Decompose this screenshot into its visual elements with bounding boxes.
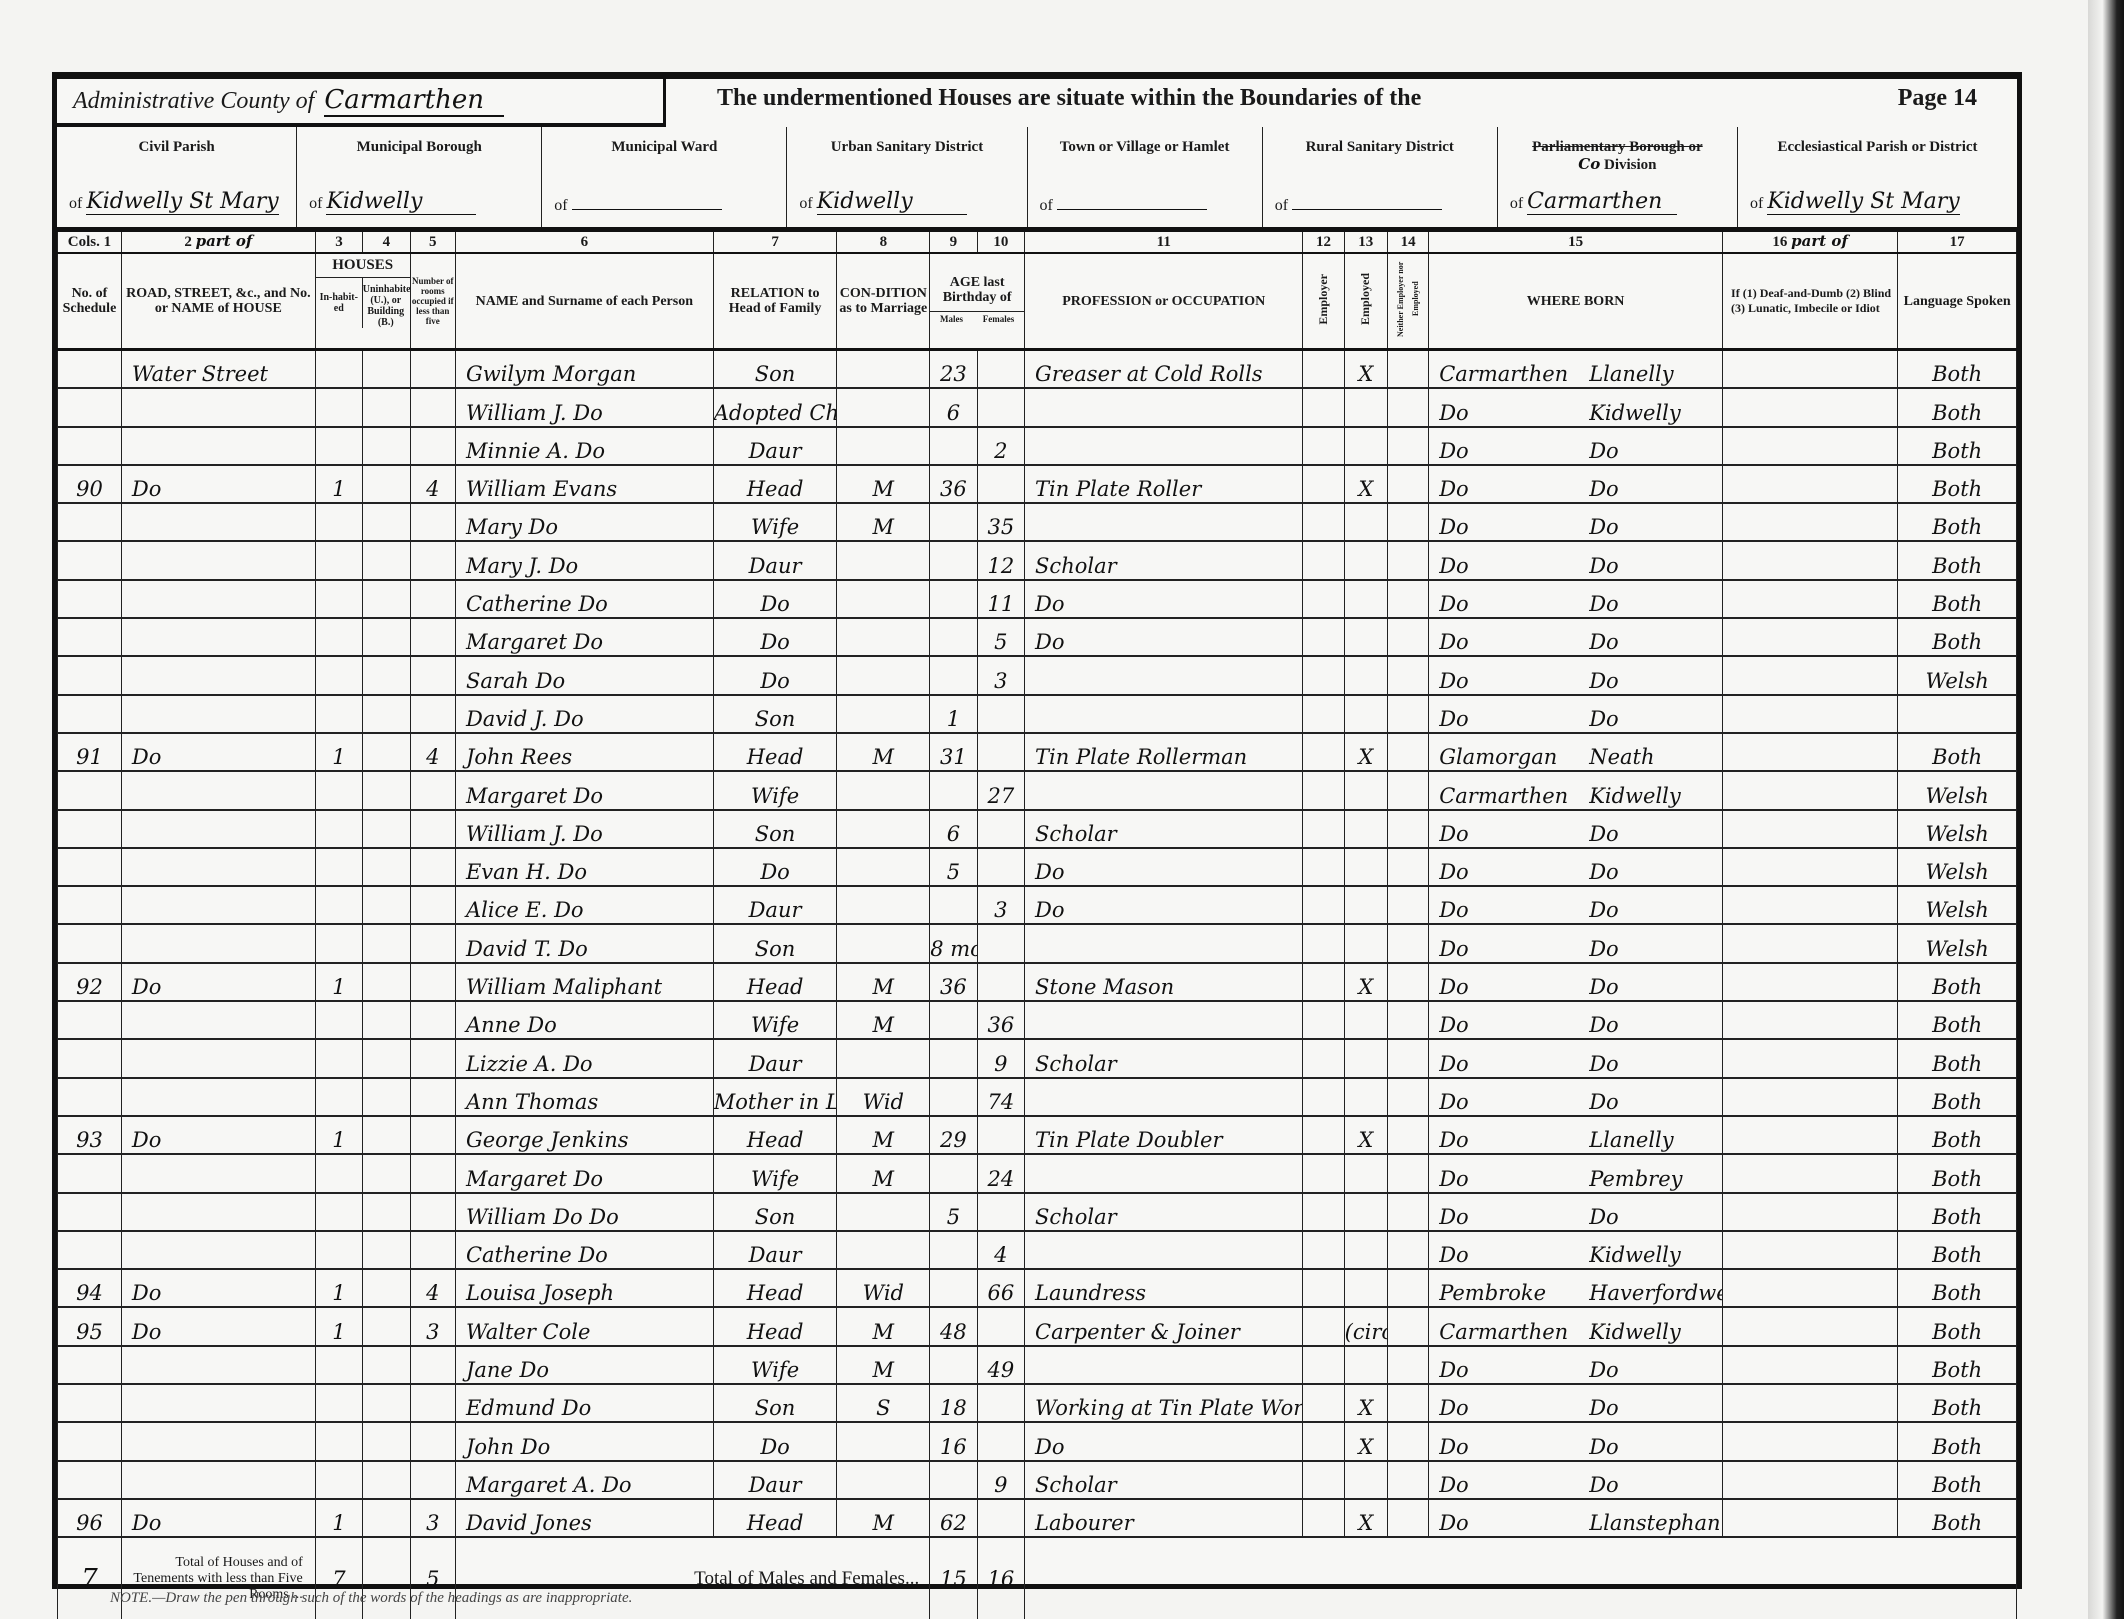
row-condition <box>837 350 930 389</box>
row-rooms: 4 <box>410 733 455 771</box>
row-name: Mary Do <box>455 503 713 541</box>
row-infirmity <box>1723 1307 1898 1345</box>
row-female-age: 35 <box>977 503 1024 541</box>
row-male-age <box>930 886 977 924</box>
row-schedule: 93 <box>58 1116 122 1154</box>
row-road <box>121 1422 315 1460</box>
row-neither <box>1387 427 1428 465</box>
row-road: Do <box>121 733 315 771</box>
row-employed <box>1344 886 1387 924</box>
heading-inhabited: In-habit-ed <box>316 278 363 328</box>
division-label: Municipal Borough <box>297 127 541 156</box>
row-neither <box>1387 1384 1428 1422</box>
row-uninhabited <box>363 618 410 656</box>
row-female-age: 24 <box>977 1154 1024 1192</box>
row-name: Margaret Do <box>455 771 713 809</box>
row-employer <box>1303 1269 1344 1307</box>
row-neither <box>1387 350 1428 389</box>
row-employed: (circled) <box>1344 1307 1387 1345</box>
row-occupation: Do <box>1025 618 1303 656</box>
row-schedule <box>58 848 122 886</box>
table-row: Water StreetGwilym MorganSon23Greaser at… <box>58 350 2017 389</box>
row-condition <box>837 810 930 848</box>
row-occupation: Scholar <box>1025 810 1303 848</box>
row-female-age <box>977 388 1024 426</box>
row-employed: X <box>1344 1116 1387 1154</box>
row-employed: X <box>1344 1422 1387 1460</box>
row-employer <box>1303 580 1344 618</box>
heading-infirmity: If (1) Deaf-and-Dumb (2) Blind (3) Lunat… <box>1723 253 1898 350</box>
division-label: Urban Sanitary District <box>787 127 1026 156</box>
row-schedule <box>58 1039 122 1077</box>
row-employed: X <box>1344 1384 1387 1422</box>
row-inhabited <box>315 1001 362 1039</box>
row-rooms: 4 <box>410 1269 455 1307</box>
row-road <box>121 1039 315 1077</box>
table-row: Edmund DoSonS18Working at Tin Plate Work… <box>58 1384 2017 1422</box>
heading-males: Males <box>940 312 963 327</box>
row-rooms <box>410 1346 455 1384</box>
row-condition: M <box>837 1001 930 1039</box>
row-road <box>121 848 315 886</box>
heading-houses-group: HOUSES <box>316 254 410 278</box>
row-name: John Do <box>455 1422 713 1460</box>
row-road <box>121 924 315 962</box>
table-row: William Do DoSon5ScholarDoDoBoth <box>58 1193 2017 1231</box>
row-relation: Do <box>713 618 837 656</box>
row-uninhabited <box>363 771 410 809</box>
row-where-born: DoDo <box>1429 886 1723 924</box>
row-employed <box>1344 1154 1387 1192</box>
table-row: Ann ThomasMother in LawWid74DoDoBoth <box>58 1078 2017 1116</box>
row-infirmity <box>1723 1422 1898 1460</box>
row-male-age <box>930 580 977 618</box>
row-road: Do <box>121 1307 315 1345</box>
row-occupation <box>1025 1346 1303 1384</box>
row-rooms <box>410 350 455 389</box>
division-parliamentary: Parliamentary Borough orCo Division ofCa… <box>1498 127 1738 227</box>
row-neither <box>1387 924 1428 962</box>
row-rooms <box>410 388 455 426</box>
row-female-age: 3 <box>977 886 1024 924</box>
row-schedule <box>58 1193 122 1231</box>
row-condition <box>837 1193 930 1231</box>
row-female-age <box>977 1307 1024 1345</box>
row-schedule <box>58 580 122 618</box>
heading-houses: HOUSES In-habit-ed Uninhabited (U.), or … <box>315 253 410 350</box>
row-employer <box>1303 465 1344 503</box>
row-inhabited: 1 <box>315 733 362 771</box>
row-relation: Daur <box>713 886 837 924</box>
row-condition: M <box>837 1154 930 1192</box>
row-uninhabited <box>363 1422 410 1460</box>
row-name: Alice E. Do <box>455 886 713 924</box>
row-neither <box>1387 695 1428 733</box>
census-table: Cols. 1 2 part of 3 4 5 6 7 8 9 10 11 12… <box>57 232 2017 1619</box>
col-num: 12 <box>1303 232 1344 253</box>
row-infirmity <box>1723 733 1898 771</box>
row-female-age: 9 <box>977 1039 1024 1077</box>
division-value: Kidwelly <box>326 189 476 215</box>
row-language: Both <box>1898 465 2017 503</box>
row-uninhabited <box>363 1346 410 1384</box>
row-uninhabited <box>363 1154 410 1192</box>
row-employer <box>1303 1193 1344 1231</box>
row-condition <box>837 848 930 886</box>
row-schedule: 94 <box>58 1269 122 1307</box>
row-employed: X <box>1344 350 1387 389</box>
division-town-village: Town or Village or Hamlet of <box>1028 127 1263 227</box>
row-uninhabited <box>363 733 410 771</box>
row-road <box>121 886 315 924</box>
table-row: John DoDo16DoXDoDoBoth <box>58 1422 2017 1460</box>
row-where-born: DoDo <box>1429 1384 1723 1422</box>
table-row: Margaret DoWife27CarmarthenKidwellyWelsh <box>58 771 2017 809</box>
row-road <box>121 771 315 809</box>
row-employer <box>1303 924 1344 962</box>
row-employer <box>1303 1154 1344 1192</box>
row-employer <box>1303 350 1344 389</box>
table-row: Sarah DoDo3DoDoWelsh <box>58 656 2017 694</box>
row-condition <box>837 656 930 694</box>
row-neither <box>1387 963 1428 1001</box>
row-language: Both <box>1898 580 2017 618</box>
row-occupation: Greaser at Cold Rolls <box>1025 350 1303 389</box>
row-occupation <box>1025 656 1303 694</box>
row-infirmity <box>1723 1039 1898 1077</box>
row-female-age: 74 <box>977 1078 1024 1116</box>
row-name: David J. Do <box>455 695 713 733</box>
row-female-age: 49 <box>977 1346 1024 1384</box>
division-value <box>1057 209 1207 210</box>
heading-employed: Employed <box>1344 253 1387 350</box>
admin-county-value: Carmarthen <box>324 85 504 117</box>
row-name: Margaret Do <box>455 618 713 656</box>
col-num: 9 <box>930 232 977 253</box>
col-num: 5 <box>410 232 455 253</box>
row-female-age: 2 <box>977 427 1024 465</box>
row-employed <box>1344 848 1387 886</box>
row-neither <box>1387 1154 1428 1192</box>
row-rooms <box>410 1116 455 1154</box>
row-employer <box>1303 1231 1344 1269</box>
row-inhabited: 1 <box>315 465 362 503</box>
division-value: Kidwelly St Mary <box>86 189 278 215</box>
row-language: Both <box>1898 1269 2017 1307</box>
row-schedule <box>58 1078 122 1116</box>
row-uninhabited <box>363 1384 410 1422</box>
heading-employer: Employer <box>1303 253 1344 350</box>
row-infirmity <box>1723 1116 1898 1154</box>
total-males: 15 <box>930 1537 977 1619</box>
row-road: Do <box>121 963 315 1001</box>
row-employer <box>1303 963 1344 1001</box>
row-uninhabited <box>363 924 410 962</box>
row-male-age: 1 <box>930 695 977 733</box>
row-rooms <box>410 1039 455 1077</box>
row-occupation: Tin Plate Roller <box>1025 465 1303 503</box>
row-employed <box>1344 924 1387 962</box>
row-female-age <box>977 695 1024 733</box>
row-neither <box>1387 1461 1428 1499</box>
row-relation: Son <box>713 695 837 733</box>
row-where-born: DoLlanstephan <box>1429 1499 1723 1537</box>
row-condition <box>837 388 930 426</box>
row-uninhabited <box>363 1231 410 1269</box>
row-inhabited <box>315 350 362 389</box>
row-condition <box>837 580 930 618</box>
row-infirmity <box>1723 503 1898 541</box>
row-neither <box>1387 1039 1428 1077</box>
row-language: Both <box>1898 1001 2017 1039</box>
row-schedule <box>58 1001 122 1039</box>
boundaries-heading: The undermentioned Houses are situate wi… <box>717 85 1421 112</box>
row-schedule <box>58 1231 122 1269</box>
row-employed <box>1344 1193 1387 1231</box>
heading-where-born: WHERE BORN <box>1429 253 1723 350</box>
row-uninhabited <box>363 810 410 848</box>
table-row: Mary DoWifeM35DoDoBoth <box>58 503 2017 541</box>
row-female-age <box>977 350 1024 389</box>
row-where-born: GlamorganNeath <box>1429 733 1723 771</box>
row-relation: Daur <box>713 1231 837 1269</box>
row-road <box>121 1346 315 1384</box>
row-name: Ann Thomas <box>455 1078 713 1116</box>
col-num: 3 <box>315 232 362 253</box>
row-condition: M <box>837 1346 930 1384</box>
row-uninhabited <box>363 465 410 503</box>
row-condition <box>837 1422 930 1460</box>
row-inhabited: 1 <box>315 1307 362 1345</box>
row-female-age: 5 <box>977 618 1024 656</box>
col-num: 17 <box>1898 232 2017 253</box>
row-inhabited <box>315 580 362 618</box>
row-rooms <box>410 886 455 924</box>
table-row: Margaret A. DoDaur9ScholarDoDoBoth <box>58 1461 2017 1499</box>
row-name: William J. Do <box>455 388 713 426</box>
row-infirmity <box>1723 580 1898 618</box>
row-condition: Wid <box>837 1269 930 1307</box>
row-name: David Jones <box>455 1499 713 1537</box>
row-employed: X <box>1344 1499 1387 1537</box>
row-employed <box>1344 427 1387 465</box>
row-where-born: DoDo <box>1429 465 1723 503</box>
row-employed <box>1344 1346 1387 1384</box>
row-occupation <box>1025 1154 1303 1192</box>
row-where-born: DoDo <box>1429 695 1723 733</box>
row-employer <box>1303 886 1344 924</box>
row-employer <box>1303 1307 1344 1345</box>
division-label-prefix: Co <box>1578 155 1600 173</box>
row-infirmity <box>1723 810 1898 848</box>
row-rooms <box>410 1461 455 1499</box>
row-male-age <box>930 1346 977 1384</box>
table-row: 93Do1George JenkinsHeadM29Tin Plate Doub… <box>58 1116 2017 1154</box>
row-occupation <box>1025 503 1303 541</box>
row-inhabited <box>315 848 362 886</box>
row-relation: Wife <box>713 771 837 809</box>
table-row: William J. DoSon6ScholarDoDoWelsh <box>58 810 2017 848</box>
row-relation: Daur <box>713 1039 837 1077</box>
table-row: Anne DoWifeM36DoDoBoth <box>58 1001 2017 1039</box>
row-schedule <box>58 1461 122 1499</box>
table-row: Margaret DoDo5DoDoDoBoth <box>58 618 2017 656</box>
row-infirmity <box>1723 886 1898 924</box>
row-where-born: DoDo <box>1429 848 1723 886</box>
row-employer <box>1303 656 1344 694</box>
row-occupation: Labourer <box>1025 1499 1303 1537</box>
row-inhabited <box>315 541 362 579</box>
row-rooms <box>410 1231 455 1269</box>
row-employer <box>1303 1499 1344 1537</box>
row-language: Both <box>1898 427 2017 465</box>
row-occupation: Do <box>1025 1422 1303 1460</box>
row-relation: Do <box>713 1422 837 1460</box>
census-rows: Water StreetGwilym MorganSon23Greaser at… <box>58 350 2017 1538</box>
col-num: 15 <box>1429 232 1723 253</box>
row-male-age: 18 <box>930 1384 977 1422</box>
row-inhabited <box>315 388 362 426</box>
row-inhabited: 1 <box>315 1499 362 1537</box>
row-where-born: DoDo <box>1429 1461 1723 1499</box>
row-where-born: DoDo <box>1429 1039 1723 1077</box>
row-road <box>121 1078 315 1116</box>
row-name: Catherine Do <box>455 580 713 618</box>
column-headings-row: No. of Schedule ROAD, STREET, &c., and N… <box>58 253 2017 350</box>
row-rooms: 3 <box>410 1307 455 1345</box>
row-male-age: 62 <box>930 1499 977 1537</box>
division-label: Ecclesiastical Parish or District <box>1738 127 2017 156</box>
row-condition: M <box>837 963 930 1001</box>
table-row: David J. DoSon1DoDo <box>58 695 2017 733</box>
row-male-age: 36 <box>930 465 977 503</box>
row-where-born: DoDo <box>1429 656 1723 694</box>
row-relation: Son <box>713 1384 837 1422</box>
division-value: Carmarthen <box>1527 189 1677 215</box>
row-condition: M <box>837 1307 930 1345</box>
row-name: George Jenkins <box>455 1116 713 1154</box>
row-condition <box>837 695 930 733</box>
row-rooms: 4 <box>410 465 455 503</box>
row-neither <box>1387 848 1428 886</box>
row-uninhabited <box>363 427 410 465</box>
row-male-age <box>930 656 977 694</box>
row-uninhabited <box>363 580 410 618</box>
row-language: Both <box>1898 1231 2017 1269</box>
row-male-age <box>930 1154 977 1192</box>
row-condition <box>837 1231 930 1269</box>
row-occupation: Do <box>1025 886 1303 924</box>
row-inhabited <box>315 886 362 924</box>
row-where-born: DoDo <box>1429 1346 1723 1384</box>
row-neither <box>1387 810 1428 848</box>
division-value: Kidwelly <box>817 189 967 215</box>
row-language: Welsh <box>1898 924 2017 962</box>
row-where-born: DoDo <box>1429 580 1723 618</box>
row-uninhabited <box>363 886 410 924</box>
row-occupation: Scholar <box>1025 1461 1303 1499</box>
row-employed: X <box>1344 963 1387 1001</box>
row-road <box>121 388 315 426</box>
row-where-born: DoDo <box>1429 503 1723 541</box>
row-infirmity <box>1723 1154 1898 1192</box>
heading-schedule: No. of Schedule <box>58 253 122 350</box>
row-employer <box>1303 388 1344 426</box>
row-inhabited <box>315 810 362 848</box>
row-schedule <box>58 1422 122 1460</box>
row-schedule <box>58 1154 122 1192</box>
row-schedule <box>58 427 122 465</box>
row-name: Minnie A. Do <box>455 427 713 465</box>
row-uninhabited <box>363 1269 410 1307</box>
row-employer <box>1303 848 1344 886</box>
row-infirmity <box>1723 618 1898 656</box>
row-condition <box>837 541 930 579</box>
row-neither <box>1387 1346 1428 1384</box>
row-language: Welsh <box>1898 810 2017 848</box>
row-uninhabited <box>363 1193 410 1231</box>
table-row: 91Do14John ReesHeadM31Tin Plate Rollerma… <box>58 733 2017 771</box>
row-relation: Head <box>713 733 837 771</box>
row-where-born: DoDo <box>1429 618 1723 656</box>
row-inhabited <box>315 1231 362 1269</box>
row-inhabited <box>315 1078 362 1116</box>
row-condition: M <box>837 1116 930 1154</box>
row-occupation: Tin Plate Rollerman <box>1025 733 1303 771</box>
row-occupation <box>1025 1001 1303 1039</box>
row-condition <box>837 886 930 924</box>
row-name: William Evans <box>455 465 713 503</box>
division-civil-parish: Civil Parish ofKidwelly St Mary <box>57 127 297 227</box>
row-road <box>121 541 315 579</box>
heading-road: ROAD, STREET, &c., and No. or NAME of HO… <box>121 253 315 350</box>
row-relation: Son <box>713 810 837 848</box>
row-employer <box>1303 733 1344 771</box>
row-uninhabited <box>363 1078 410 1116</box>
row-where-born: DoPembrey <box>1429 1154 1723 1192</box>
row-male-age: 16 <box>930 1422 977 1460</box>
row-infirmity <box>1723 963 1898 1001</box>
row-uninhabited <box>363 695 410 733</box>
row-relation: Son <box>713 924 837 962</box>
row-female-age: 4 <box>977 1231 1024 1269</box>
table-row: Minnie A. DoDaur2DoDoBoth <box>58 427 2017 465</box>
row-employer <box>1303 1461 1344 1499</box>
row-relation: Wife <box>713 1154 837 1192</box>
row-where-born: DoDo <box>1429 810 1723 848</box>
row-schedule <box>58 350 122 389</box>
row-occupation <box>1025 924 1303 962</box>
row-employer <box>1303 541 1344 579</box>
row-female-age <box>977 465 1024 503</box>
row-occupation <box>1025 427 1303 465</box>
row-relation: Head <box>713 465 837 503</box>
row-uninhabited <box>363 503 410 541</box>
row-inhabited <box>315 695 362 733</box>
row-female-age <box>977 810 1024 848</box>
row-language: Welsh <box>1898 656 2017 694</box>
row-uninhabited <box>363 1039 410 1077</box>
admin-county-label: Administrative County of <box>73 88 314 115</box>
heading-age-group: AGE last Birthday of <box>930 275 1024 305</box>
row-employed <box>1344 580 1387 618</box>
row-relation: Son <box>713 1193 837 1231</box>
row-male-age <box>930 1461 977 1499</box>
row-infirmity <box>1723 1231 1898 1269</box>
row-name: Anne Do <box>455 1001 713 1039</box>
row-employed <box>1344 695 1387 733</box>
row-where-born: DoDo <box>1429 541 1723 579</box>
